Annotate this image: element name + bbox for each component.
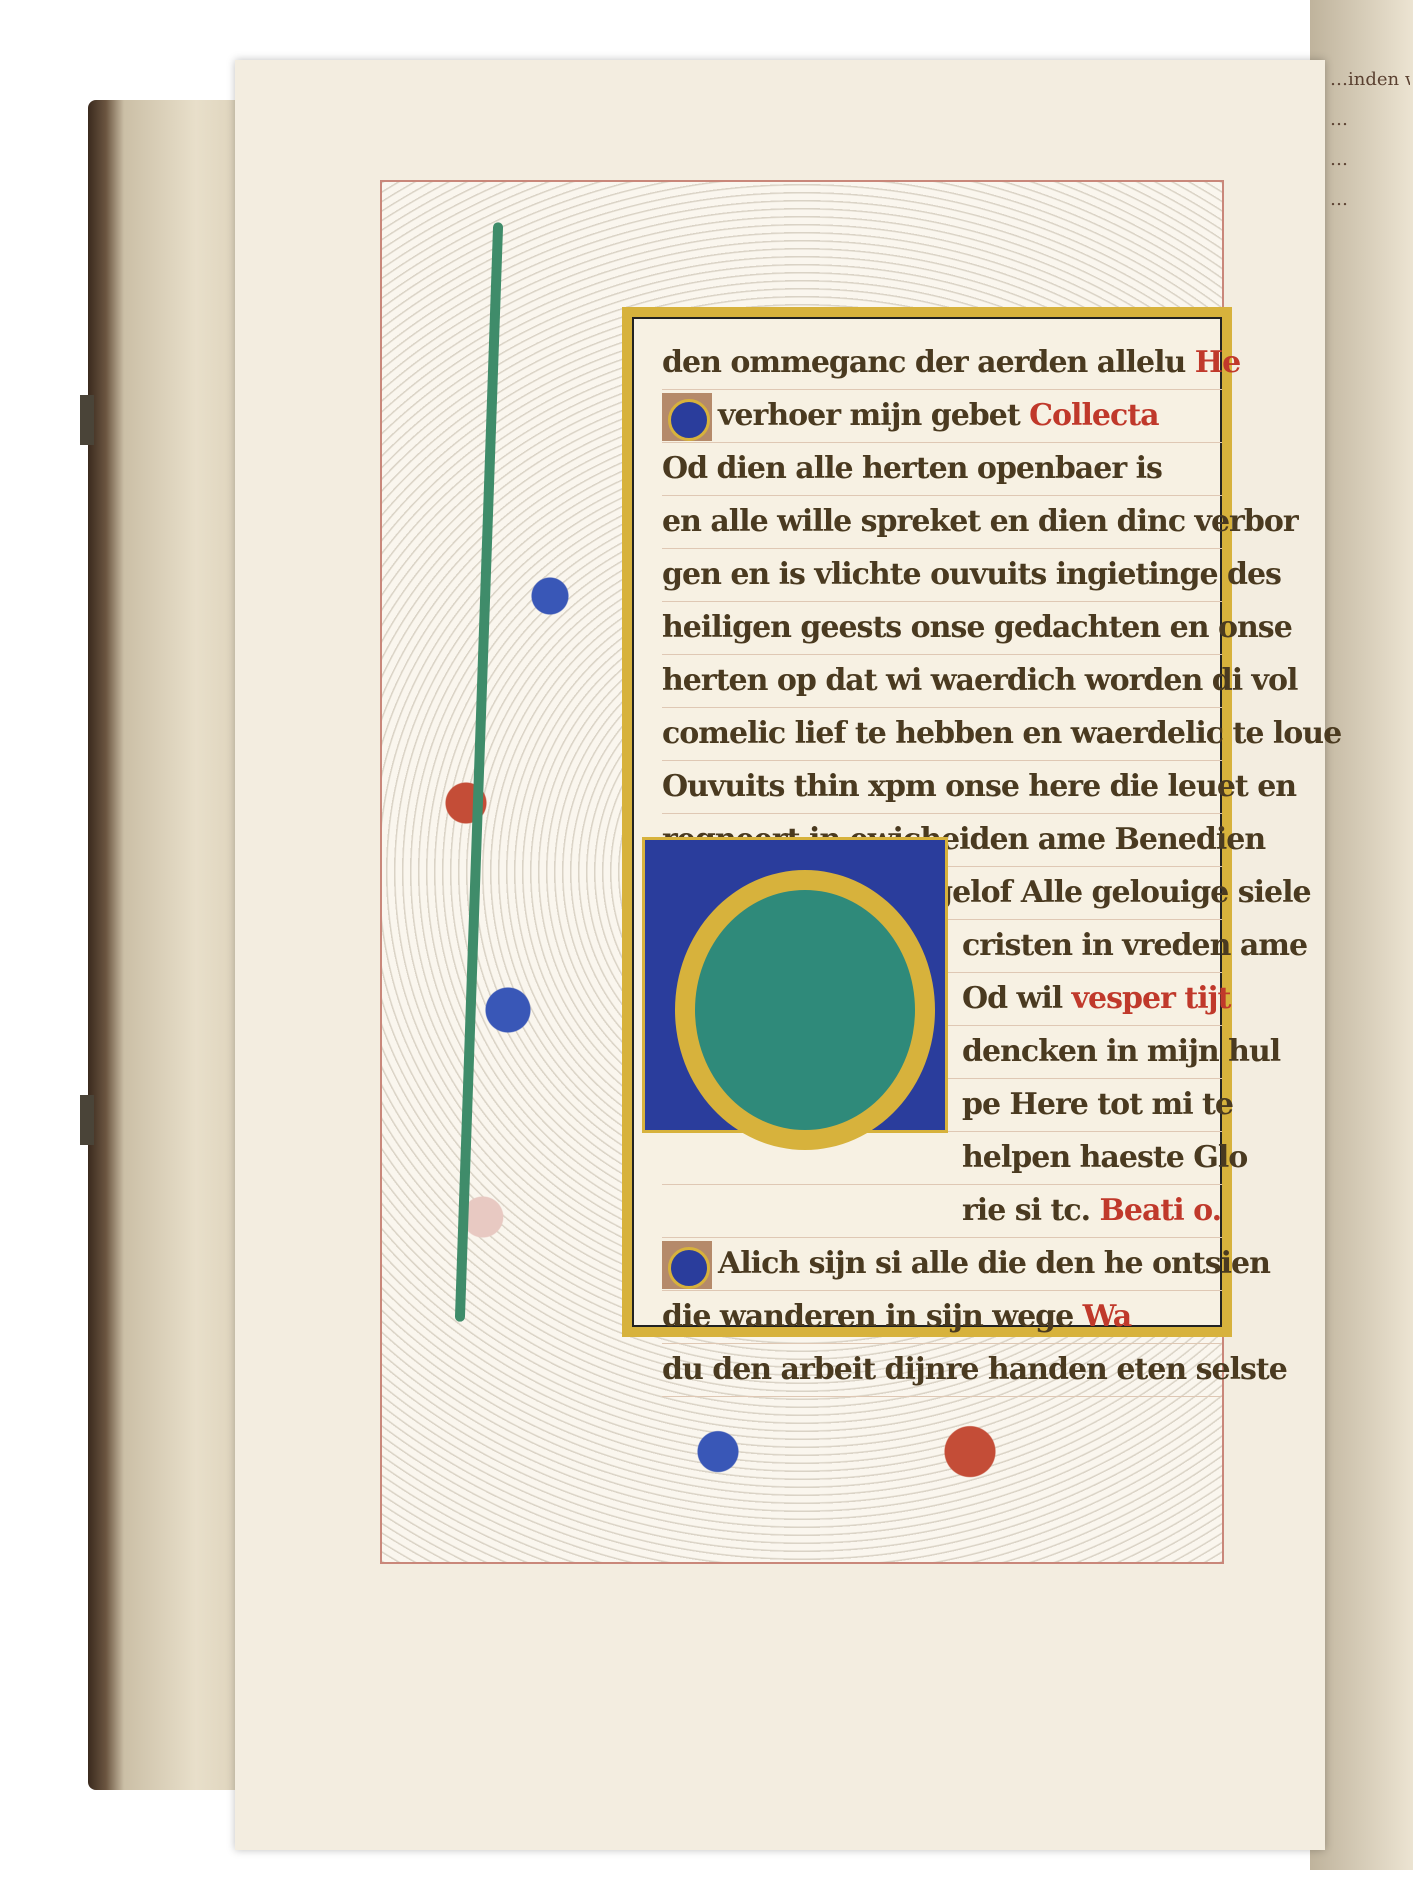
text-line: herten op dat wi waerdich worden di vol [662, 655, 1222, 708]
text-line: en alle wille spreket en dien dinc verbo… [662, 496, 1222, 549]
right-page-text: …inden wart … … … [1330, 60, 1410, 220]
gilded-initial-s [662, 1241, 712, 1289]
historiated-initial-o [642, 837, 948, 1133]
text-block: den ommeganc der aerden allelu He verhoe… [622, 307, 1232, 1337]
book-clasp-top [80, 395, 94, 445]
right-page [1310, 0, 1413, 1870]
text-line: Ouvuits thin xpm onse here die leuet en [662, 761, 1222, 814]
text-line: die wanderen in sijn wege Wa [662, 1291, 1222, 1344]
text-line: du den arbeit dijnre handen eten selste [662, 1344, 1222, 1397]
text-line: comelic lief te hebben en waerdelic te l… [662, 708, 1222, 761]
text-line: verhoer mijn gebet Collecta [662, 390, 1222, 443]
floral-motif-icon [675, 870, 935, 1150]
text-line: helpen haeste Glo [662, 1132, 1222, 1185]
illuminated-border: den ommeganc der aerden allelu He verhoe… [380, 180, 1224, 1564]
text-line: rie si tc. Beati o. [662, 1185, 1222, 1238]
text-line: den ommeganc der aerden allelu He [662, 337, 1222, 390]
book-clasp-bottom [80, 1095, 94, 1145]
gilded-initial-g [662, 393, 712, 441]
text-line: Od dien alle herten openbaer is [662, 443, 1222, 496]
text-line: gen en is vlichte ouvuits ingietinge des [662, 549, 1222, 602]
text-line: heiligen geests onse gedachten en onse [662, 602, 1222, 655]
text-line: Alich sijn si alle die den he ontsien [662, 1238, 1222, 1291]
